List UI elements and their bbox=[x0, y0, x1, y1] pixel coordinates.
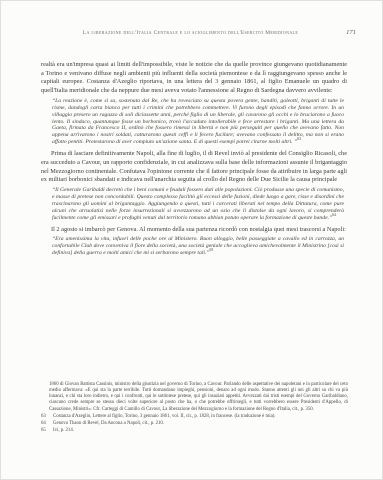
footnote-marker: 63 bbox=[297, 137, 301, 141]
body-paragraph: realtà era un'impresa quasi ai limiti de… bbox=[41, 61, 347, 96]
footnote-continuation: 1860 di Giovan Battista Cassinis, minist… bbox=[41, 382, 348, 413]
footnote-text: Genova Thaon di Revel, Da Ancona a Napol… bbox=[53, 421, 164, 426]
footnote-item: 64Genova Thaon di Revel, Da Ancona a Nap… bbox=[41, 421, 348, 427]
footnote-number: 63 bbox=[41, 414, 46, 420]
page-body: realtà era un'impresa quasi ai limiti de… bbox=[41, 61, 347, 261]
footnote-text: Ivi, p. 214. bbox=[53, 428, 74, 433]
footnotes: 1860 di Giovan Battista Cassinis, minist… bbox=[41, 382, 348, 435]
footnote-text: Costanza d'Azeglio, Lettere al figlio, T… bbox=[53, 414, 276, 419]
footnote-item: 63Costanza d'Azeglio, Lettere al figlio,… bbox=[41, 414, 348, 420]
footnote-number: 65 bbox=[41, 428, 46, 434]
running-title: La liberazione dell'Italia Centrale e lo… bbox=[41, 29, 356, 37]
footnote-marker: 64 bbox=[332, 213, 336, 217]
body-paragraph: Il 2 agosto si imbarcò per Genova. Al mo… bbox=[41, 226, 347, 235]
block-quote: “La reazione è, come si sa, sostenuta da… bbox=[52, 98, 344, 146]
block-quote: “Era amenissima la vita, infuori delle p… bbox=[52, 236, 344, 257]
book-page: La liberazione dell'Italia Centrale e lo… bbox=[0, 0, 383, 480]
body-paragraph: Prima di lasciare definitivamente Napoli… bbox=[41, 150, 347, 185]
footnote-text: 1860 di Giovan Battista Cassinis, minist… bbox=[49, 382, 348, 412]
block-quote: “Il Generale Garibaldi decretò che i ben… bbox=[52, 187, 344, 222]
page-number: 171 bbox=[346, 29, 356, 37]
page-header: La liberazione dell'Italia Centrale e lo… bbox=[41, 29, 356, 41]
footnote-number: 64 bbox=[41, 421, 46, 427]
footnote-item: 65Ivi, p. 214. bbox=[41, 428, 348, 434]
footnote-marker: 65 bbox=[210, 248, 214, 252]
